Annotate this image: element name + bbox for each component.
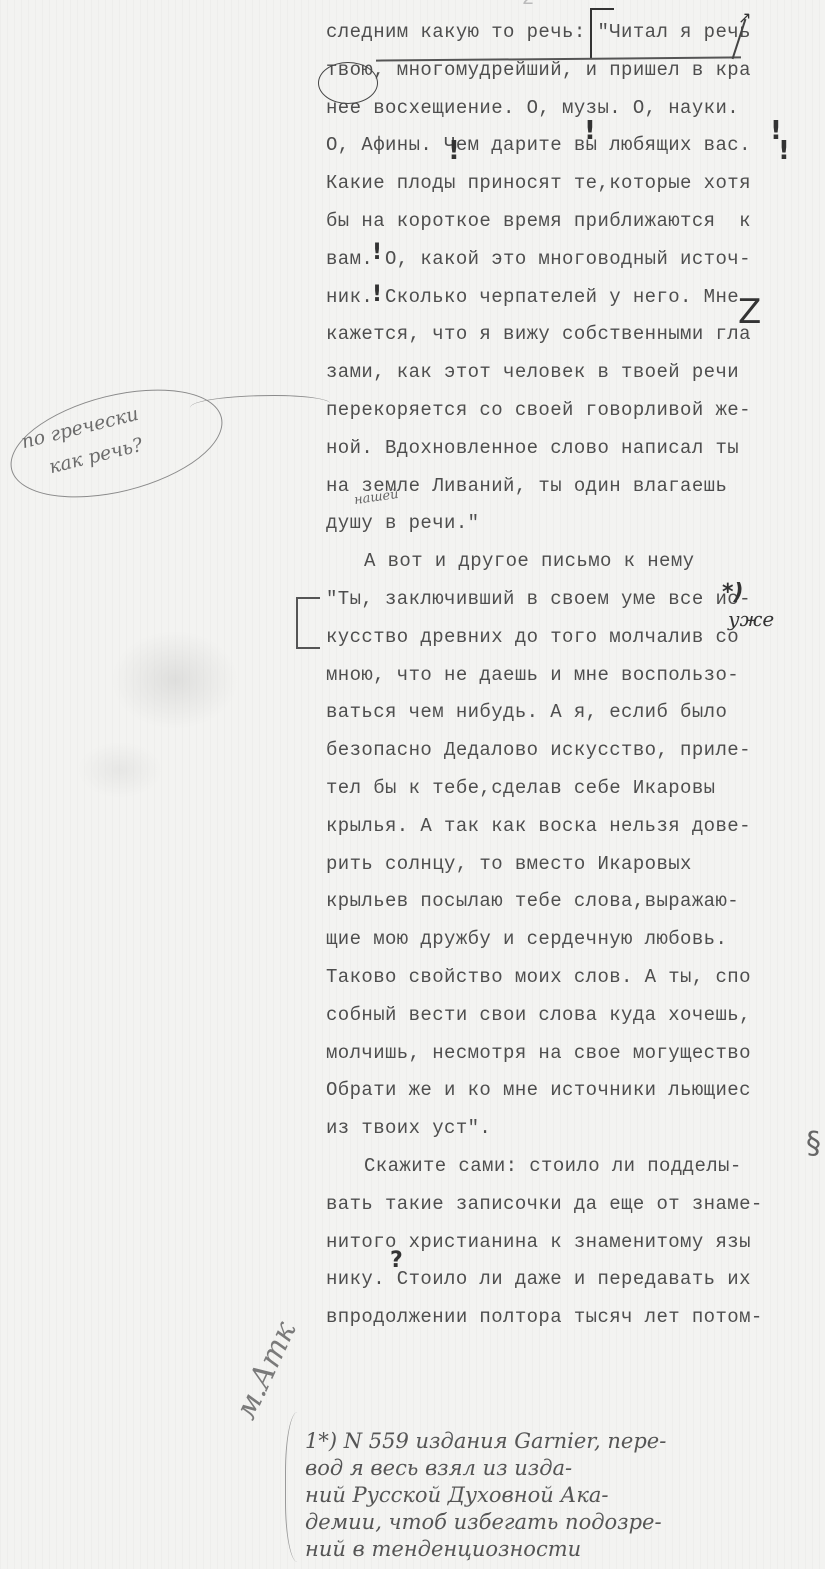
typewritten-body: следним какую то речь: "Читал я речьтвою…: [326, 14, 806, 1337]
margin-squiggle: §: [806, 1126, 821, 1161]
footnote-line: вод я весь взял из изда-: [305, 1455, 825, 1482]
margin-note: по гречески как речь?: [8, 385, 228, 495]
exclamation-mark: !: [372, 282, 382, 307]
exclamation-mark: !: [448, 136, 460, 166]
exclamation-mark: !: [584, 116, 596, 146]
typed-line: кажется, что я вижу собственными гла: [326, 316, 806, 354]
footnote-line: 1*) N 559 издания Garnier, пере-: [305, 1428, 825, 1455]
typed-line: крылья. А так как воска нельзя дове-: [326, 808, 806, 846]
typed-line: Какие плоды приносят те,которые хотя: [326, 165, 806, 203]
footnote-line: демии, чтоб избегать подозре-: [305, 1509, 825, 1536]
editor-insert-note: уже: [728, 607, 774, 631]
arrow-head-icon: ↗: [738, 8, 751, 27]
circle-mark-tvoyu: [318, 62, 378, 104]
typed-line: собный вести свои слова куда хочешь,: [326, 997, 806, 1035]
typed-line: А вот и другое письмо к нему: [326, 543, 806, 581]
typed-line: из твоих уст".: [326, 1110, 806, 1148]
typed-line: щие мою дружбу и сердечную любовь.: [326, 921, 806, 959]
typed-line: ник. Сколько черпателей у него. Мне: [326, 279, 806, 317]
typed-line: рить солнцу, то вместо Икаровых: [326, 846, 806, 884]
typed-line: нее восхещиение. О, музы. О, науки.: [326, 90, 806, 128]
footnote-mark: *): [722, 580, 744, 605]
typed-line: ной. Вдохновленное слово написал ты: [326, 430, 806, 468]
bracket-mark-top: [590, 8, 614, 58]
typed-line: крыльев посылаю тебе слова,выражаю-: [326, 883, 806, 921]
typed-line: вам. О, какой это многоводный источ-: [326, 241, 806, 279]
typed-line: следним какую то речь: "Читал я речь: [326, 14, 806, 52]
handwritten-footnote: 1*) N 559 издания Garnier, пере-вод я ве…: [305, 1428, 825, 1563]
typed-line: молчишь, несмотря на свое могущество: [326, 1035, 806, 1073]
typed-line: зами, как этот человек в твоей речи: [326, 354, 806, 392]
page-number: -2-: [510, 0, 546, 11]
typed-line: Скажите сами: стоило ли подделы-: [326, 1148, 806, 1186]
typed-line: вать такие записочки да еще от знаме-: [326, 1186, 806, 1224]
typed-line: Таково свойство моих слов. А ты, спо: [326, 959, 806, 997]
typed-line: душу в речи.": [326, 505, 806, 543]
paragraph-mark: Z: [738, 292, 761, 332]
typed-line: перекоряется со своей говорливой же-: [326, 392, 806, 430]
bracket-mark-left: [296, 597, 320, 649]
exclamation-mark: !: [778, 136, 790, 166]
exclamation-mark: !: [372, 240, 382, 265]
typed-line: впродолжении полтора тысяч лет потом-: [326, 1299, 806, 1337]
footnote-line: ний Русской Духовной Ака-: [305, 1482, 825, 1509]
typed-line: ваться чем нибудь. А я, еслиб было: [326, 694, 806, 732]
typed-line: Обрати же и ко мне источники льющиес: [326, 1072, 806, 1110]
typed-line: мною, что не даешь и мне воспользо-: [326, 657, 806, 695]
typed-line: безопасно Дедалово искусство, приле-: [326, 732, 806, 770]
typed-line: бы на короткое время приближаются к: [326, 203, 806, 241]
typed-line: О, Афины. Чем дарите вы любящих вас.: [326, 127, 806, 165]
footnote-line: ний в тенденциозности: [305, 1536, 825, 1563]
typed-line: тел бы к тебе,сделав себе Икаровы: [326, 770, 806, 808]
question-mark: ?: [390, 1248, 403, 1273]
